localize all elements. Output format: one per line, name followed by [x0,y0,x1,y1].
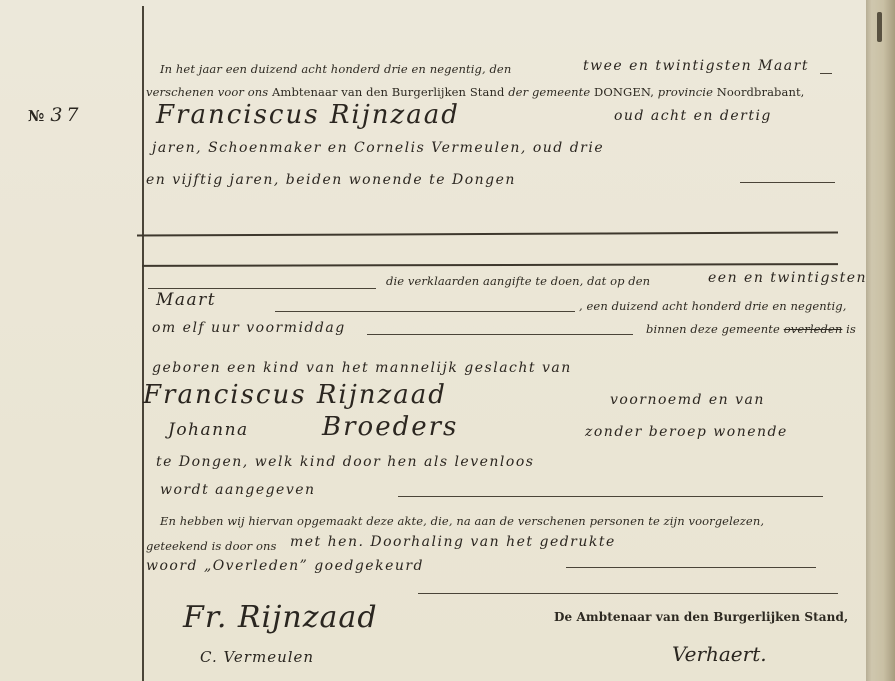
p1-line1-printed: In het jaar een duizend acht honderd dri… [160,62,511,76]
p1-line2-a: verschenen voor ons [146,85,268,99]
fill-line [398,496,823,497]
p1-hand-line3: en vijftig jaren, beiden wonende te Dong… [146,172,516,188]
fill-line [275,311,575,312]
register-page: №37 In het jaar een duizend acht honderd… [0,0,866,681]
p2-line1-printed: die verklaarden aangifte te doen, dat op… [386,274,650,288]
p2-line2-handwritten: Maart [156,290,216,310]
p2-line3-a: binnen deze gemeente [646,322,780,336]
p3-line2-printed: geteekend is door ons [146,539,277,553]
registrar-title: De Ambtenaar van den Burgerlijken Stand, [554,610,848,624]
signature-declarant-1: Fr. Rijnzaad [183,600,378,635]
p1-line2-municipality: DONGEN, [594,85,654,99]
p2-hand-line2-name: Franciscus Rijnzaad [143,380,447,410]
p1-line2-printed: verschenen voor ons Ambtenaar van den Bu… [146,85,804,99]
p3-line1-printed: En hebben wij hiervan opgemaakt deze akt… [160,514,764,528]
p2-hand-line3-surname: Broeders [322,412,458,442]
fill-line [148,288,376,289]
signature-witness: C. Vermeulen [200,648,314,666]
p2-line3-struck-word: overleden [784,322,843,336]
act-number: №37 [28,104,83,126]
p1-line2-province: Noordbrabant, [717,85,805,99]
act-number-prefix: № [28,107,44,125]
p3-line3-handwritten: woord „Overleden” goedgekeurd [146,558,424,574]
section-rule [142,263,838,266]
signature-registrar: Verhaert. [672,642,767,666]
p1-line2-b: Ambtenaar van den Burgerlijken Stand [272,85,504,99]
p2-line3-handwritten: om elf uur voormiddag [152,320,346,336]
fill-line [367,334,633,335]
p1-line1-handwritten: twee en twintigsten Maart [583,58,809,74]
p1-hand-line1-name: Franciscus Rijnzaad [156,100,460,130]
act-number-value: 37 [50,104,82,126]
p2-line2-printed: , een duizend acht honderd drie en negen… [579,299,847,313]
fill-line [820,73,832,74]
p2-hand-line1: geboren een kind van het mannelijk gesla… [152,360,572,376]
section-rule [137,231,838,236]
p1-hand-line1-rest: oud acht en dertig [614,108,772,124]
fill-line [566,567,816,568]
p1-hand-line2: jaren, Schoenmaker en Cornelis Vermeulen… [152,140,604,156]
fill-line [418,593,838,594]
p2-hand-line3-first: Johanna [168,420,249,440]
p2-hand-line3-rest: zonder beroep wonende [585,424,788,440]
p2-hand-line2-rest: voornoemd en van [610,392,765,408]
p3-line2-handwritten: met hen. Doorhaling van het gedrukte [290,534,616,550]
p2-line3-b: is [846,322,856,336]
p2-line1-handwritten: een en twintigsten [708,270,867,286]
p1-line2-e: provincie [658,85,713,99]
binding-mark [877,12,882,42]
p2-hand-line5: wordt aangegeven [160,482,316,498]
p2-hand-line4: te Dongen, welk kind door hen als levenl… [156,454,534,470]
margin-rule [142,6,144,681]
p2-line3-printed: binnen deze gemeente overleden is [646,322,856,336]
p1-line2-c: der gemeente [508,85,590,99]
fill-line [740,182,835,183]
book-gutter-edge [866,0,895,681]
